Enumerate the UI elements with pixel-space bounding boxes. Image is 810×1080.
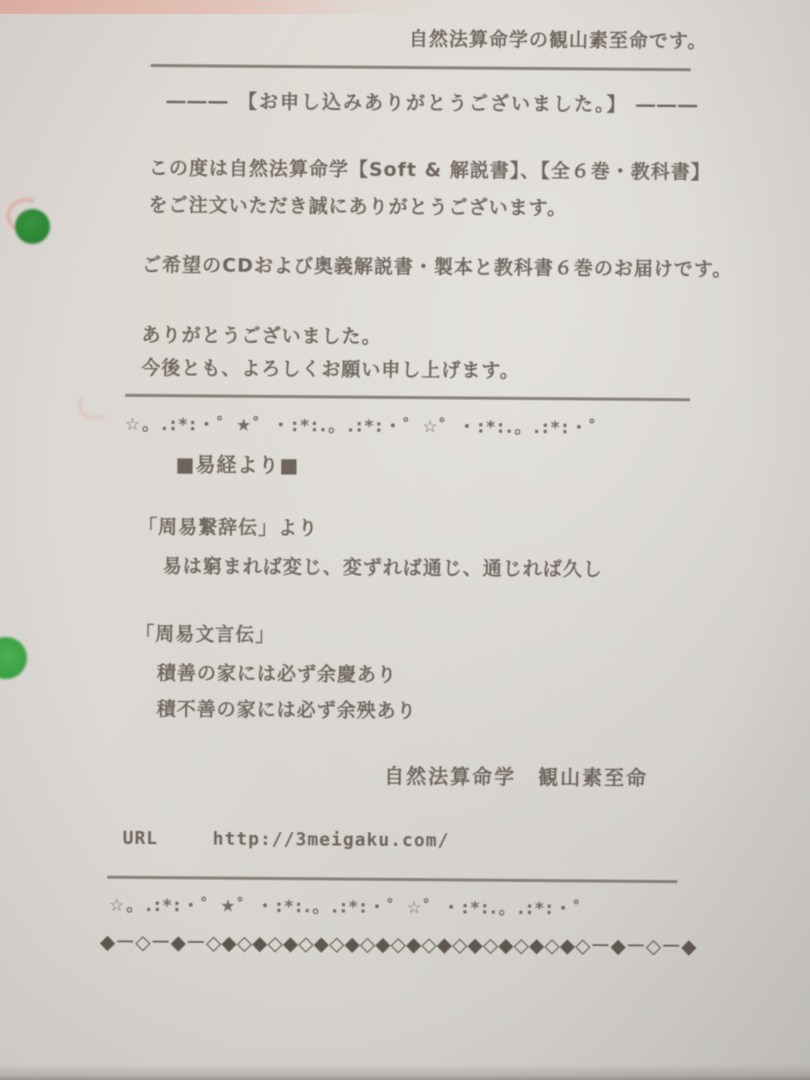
photographed-letter: 自然法算命学の観山素至命です。 ――― 【お申し込みありがとうございました。】 … bbox=[0, 0, 810, 1080]
divider-top bbox=[151, 64, 691, 71]
letter-sheet: 自然法算命学の観山素至命です。 ――― 【お申し込みありがとうございました。】 … bbox=[0, 0, 810, 1080]
body-closing-line1: ありがとうございました。 bbox=[142, 320, 382, 349]
pink-ink-smudge bbox=[78, 392, 110, 420]
green-sticker-dot-upper bbox=[15, 209, 50, 244]
divider-middle bbox=[125, 394, 690, 401]
star-decoration-top: ☆。.:*:・゜★゜・:*:.。.:*:・゜☆゜・:*:.。.:*:・゜ bbox=[125, 410, 609, 439]
sender-greeting: 自然法算命学の観山素至命です。 bbox=[409, 24, 708, 53]
headline-thank-you: ――― 【お申し込みありがとうございました。】 ――― bbox=[166, 86, 699, 117]
body-closing-line2: 今後とも、よろしくお願い申し上げます。 bbox=[141, 353, 520, 383]
quote-source-2: 「周易文言伝」 bbox=[135, 619, 275, 647]
star-decoration-bottom: ☆。.:*:・゜★゜・:*:.。.:*:・゜☆゜・:*:.。.:*:・゜ bbox=[109, 891, 593, 920]
diamond-decoration-line: ◆－◇－◆－◇◆◇◆◇◆◇◆◇◆◇◆◇◆◇◆◇◆◇◆◇◆◇◆◇－◆－◇－◆ bbox=[100, 926, 697, 960]
url-value: http://3meigaku.com/ bbox=[213, 828, 450, 851]
quote-section-heading: ■易経より■ bbox=[175, 448, 299, 478]
quote-1: 易は窮まれば変じ、変ずれば通じ、通じれば久し bbox=[163, 551, 603, 581]
body-delivery-line: ご希望のCDおよび奥義解説書・製本と教科書６巻のお届けです。 bbox=[142, 250, 732, 282]
body-thanks-line2: をご注文いただき誠にありがとうございます。 bbox=[149, 190, 568, 220]
quote-2-line1: 積善の家には必ず余慶あり bbox=[157, 658, 397, 687]
quote-2-line2: 積不善の家には必ず余殃あり bbox=[157, 694, 417, 723]
photo-bottom-edge-shadow bbox=[0, 1064, 810, 1080]
body-thanks-line1: この度は自然法算命学【Soft & 解説書】、【全６巻・教科書】 bbox=[149, 153, 711, 184]
quote-source-1: 「周易繋辞伝」より bbox=[138, 512, 318, 540]
url-label: URL bbox=[123, 828, 159, 849]
divider-bottom bbox=[107, 876, 677, 883]
signature: 自然法算命学 観山素至命 bbox=[384, 760, 648, 791]
